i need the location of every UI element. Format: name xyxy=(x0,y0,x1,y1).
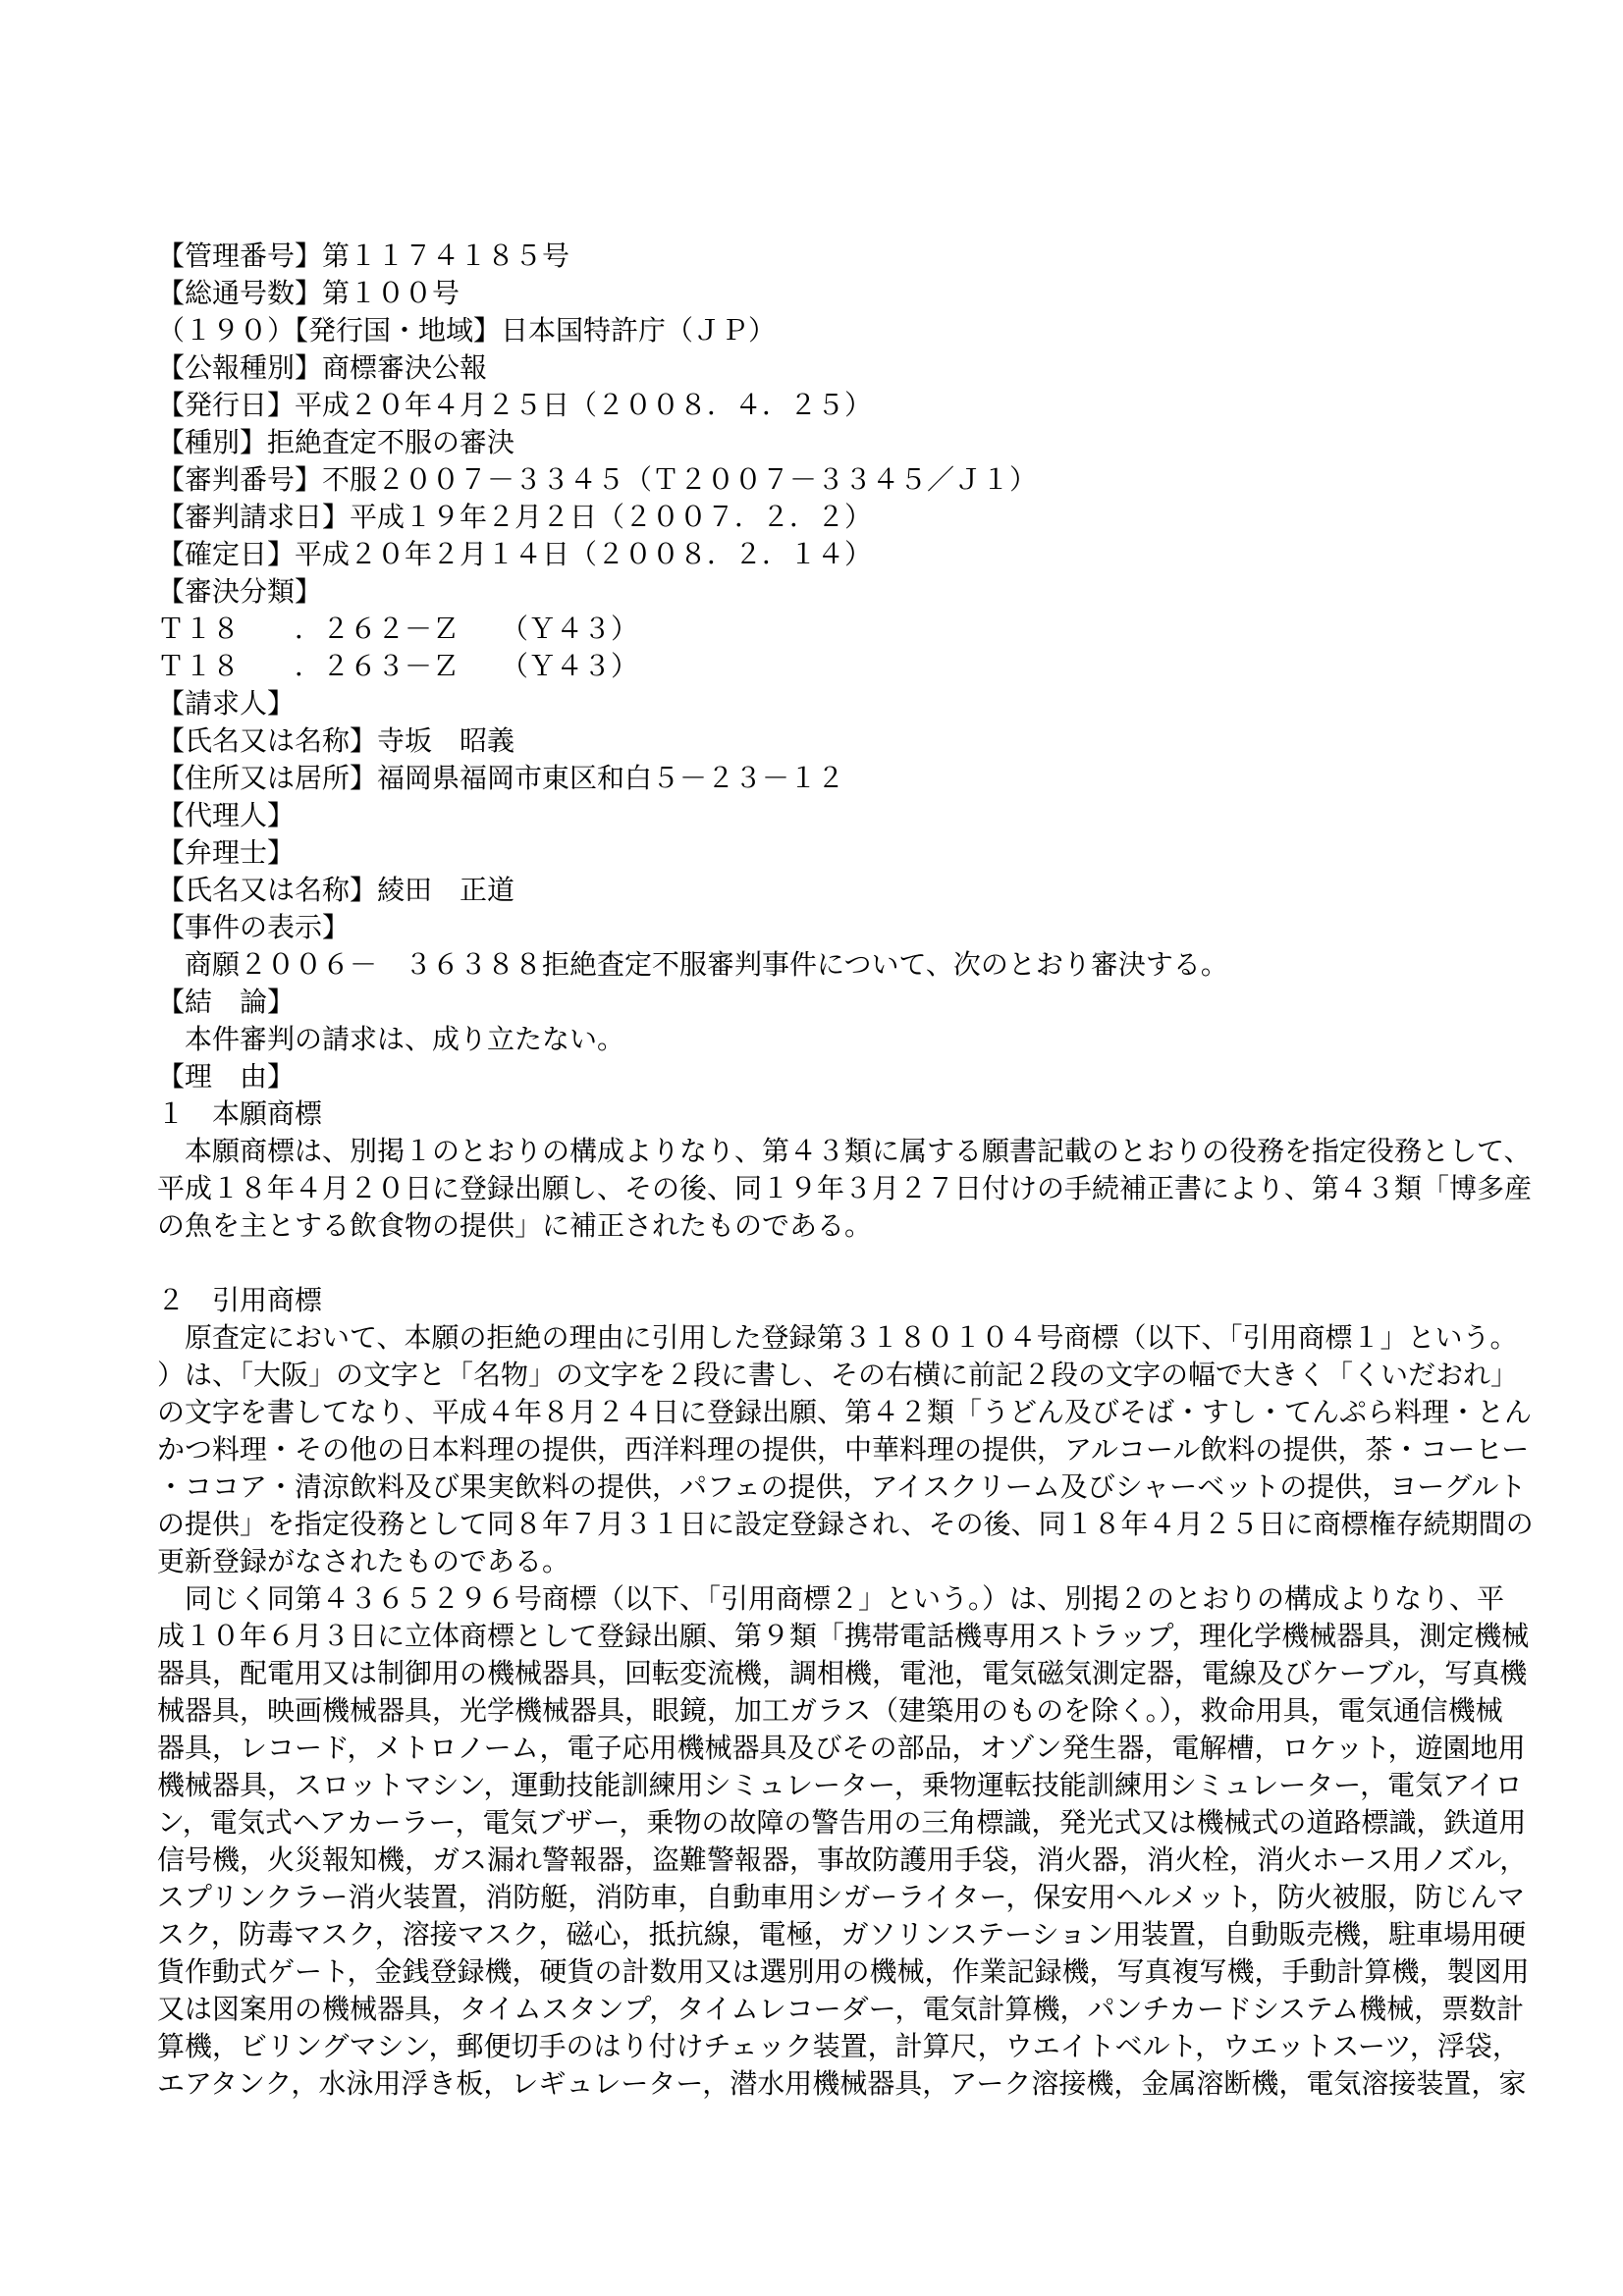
text-line: エアタンク，水泳用浮き板，レギュレーター，潜水用機械器具，アーク溶接機，金属溶断… xyxy=(157,2066,1551,2104)
text-line: 又は図案用の機械器具，タイムスタンプ，タイムレコーダー，電気計算機，パンチカード… xyxy=(157,1992,1551,2029)
text-line: 原査定において、本願の拒絶の理由に引用した登録第３１８０１０４号商標（以下、「引… xyxy=(157,1320,1551,1358)
text-line: 【審決分類】 xyxy=(157,574,1551,612)
text-line: 械器具，映画機械器具，光学機械器具，眼鏡，加工ガラス（建築用のものを除く。），救… xyxy=(157,1693,1551,1731)
text-line: （１９０）【発行国・地域】日本国特許庁（ＪＰ） xyxy=(157,313,1551,350)
text-line: 【確定日】平成２０年２月１４日（２００８．２．１４） xyxy=(157,537,1551,574)
gazette-page: 【管理番号】第１１７４１８５号【総通号数】第１００号（１９０）【発行国・地域】日… xyxy=(0,0,1623,2296)
text-line: 同じく同第４３６５２９６号商標（以下、「引用商標２」という。）は、別掲２のとおり… xyxy=(157,1581,1551,1619)
text-line: 【総通号数】第１００号 xyxy=(157,276,1551,313)
text-line: 【審判番号】不服２００７－３３４５（Ｔ２００７－３３４５／Ｊ１） xyxy=(157,462,1551,500)
text-line: １ 本願商標 xyxy=(157,1096,1551,1134)
text-line: 【氏名又は名称】綾田 正道 xyxy=(157,873,1551,910)
text-line: 信号機，火災報知機，ガス漏れ警報器，盗難警報器，事故防護用手袋，消火器，消火栓，… xyxy=(157,1842,1551,1880)
text-line: 器具，レコード，メトロノーム，電子応用機械器具及びその部品，オゾン発生器，電解槽… xyxy=(157,1731,1551,1768)
text-line: 器具，配電用又は制御用の機械器具，回転変流機，調相機，電池，電気磁気測定器，電線… xyxy=(157,1656,1551,1693)
text-line: Ｔ１８ ．２６３－Ｚ （Ｙ４３） xyxy=(157,649,1551,686)
text-line: 更新登録がなされたものである。 xyxy=(157,1544,1551,1581)
text-line: 【審判請求日】平成１９年２月２日（２００７．２．２） xyxy=(157,500,1551,537)
text-line: ２ 引用商標 xyxy=(157,1283,1551,1320)
text-line: スク，防毒マスク，溶接マスク，磁心，抵抗線，電極，ガソリンステーション用装置，自… xyxy=(157,1917,1551,1954)
text-line: 算機，ビリングマシン，郵便切手のはり付けチェック装置，計算尺，ウエイトベルト，ウ… xyxy=(157,2029,1551,2066)
text-line: Ｔ１８ ．２６２－Ｚ （Ｙ４３） xyxy=(157,612,1551,649)
text-line: 【理 由】 xyxy=(157,1059,1551,1096)
text-line: 【事件の表示】 xyxy=(157,910,1551,947)
text-line: 【発行日】平成２０年４月２５日（２００８．４．２５） xyxy=(157,388,1551,425)
document-text: 【管理番号】第１１７４１８５号【総通号数】第１００号（１９０）【発行国・地域】日… xyxy=(157,239,1551,2104)
text-line: かつ料理・その他の日本料理の提供，西洋料理の提供，中華料理の提供，アルコール飲料… xyxy=(157,1432,1551,1469)
text-line: 【弁理士】 xyxy=(157,835,1551,873)
text-line: 貨作動式ゲート，金銭登録機，硬貨の計数用又は選別用の機械，作業記録機，写真複写機… xyxy=(157,1954,1551,1992)
text-line xyxy=(157,1246,1551,1283)
text-line: 【住所又は居所】福岡県福岡市東区和白５－２３－１２ xyxy=(157,761,1551,798)
text-line: スプリンクラー消火装置，消防艇，消防車，自動車用シガーライター，保安用ヘルメット… xyxy=(157,1880,1551,1917)
text-line: 本願商標は、別掲１のとおりの構成よりなり、第４３類に属する願書記載のとおりの役務… xyxy=(157,1134,1551,1171)
text-line: の提供」を指定役務として同８年７月３１日に設定登録され、その後、同１８年４月２５… xyxy=(157,1507,1551,1544)
text-line: 平成１８年４月２０日に登録出願し、その後、同１９年３月２７日付けの手続補正書によ… xyxy=(157,1171,1551,1208)
text-line: 【請求人】 xyxy=(157,686,1551,723)
text-line: 本件審判の請求は、成り立たない。 xyxy=(157,1022,1551,1059)
text-line: ）は、「大阪」の文字と「名物」の文字を２段に書し、その右横に前記２段の文字の幅で… xyxy=(157,1358,1551,1395)
text-line: 【氏名又は名称】寺坂 昭義 xyxy=(157,723,1551,761)
text-line: 【代理人】 xyxy=(157,798,1551,835)
text-line: 商願２００６－ ３６３８８拒絶査定不服審判事件について、次のとおり審決する。 xyxy=(157,947,1551,985)
text-line: ・ココア・清涼飲料及び果実飲料の提供，パフェの提供，アイスクリーム及びシャーベッ… xyxy=(157,1469,1551,1507)
text-line: ン，電気式ヘアカーラー，電気ブザー，乗物の故障の警告用の三角標識，発光式又は機械… xyxy=(157,1805,1551,1842)
text-line: 【結 論】 xyxy=(157,985,1551,1022)
text-line: 機械器具，スロットマシン，運動技能訓練用シミュレーター，乗物運転技能訓練用シミュ… xyxy=(157,1768,1551,1805)
text-line: の文字を書してなり、平成４年８月２４日に登録出願、第４２類「うどん及びそば・すし… xyxy=(157,1395,1551,1432)
text-line: 成１０年６月３日に立体商標として登録出願、第９類「携帯電話機専用ストラップ，理化… xyxy=(157,1619,1551,1656)
text-line: 【管理番号】第１１７４１８５号 xyxy=(157,239,1551,276)
text-line: 【種別】拒絶査定不服の審決 xyxy=(157,425,1551,462)
text-line: 【公報種別】商標審決公報 xyxy=(157,350,1551,388)
text-line: の魚を主とする飲食物の提供」に補正されたものである。 xyxy=(157,1208,1551,1246)
